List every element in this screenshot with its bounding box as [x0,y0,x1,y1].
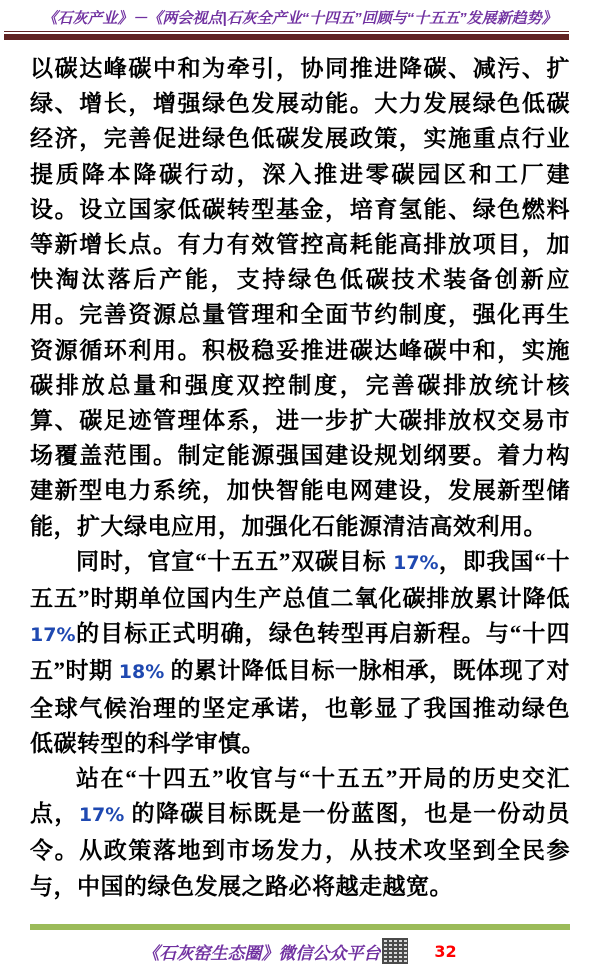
paragraph: 同时，官宣“十五五”双碳目标 17%，即我国“十五五”时期单位国内生产总值二氧化… [30,544,570,761]
highlight-number: 17% [79,804,124,826]
highlight-number: 17% [393,552,438,574]
paragraph: 站在“十四五”收官与“十五五”开局的历史交汇点，17% 的降碳目标既是一份蓝图，… [30,761,570,904]
footer-rule [30,924,570,930]
footer-row: 《石灰窑生态圈》微信公众平台 32 [0,938,599,964]
text-run: 同时，官宣“十五五”双碳目标 [76,549,393,574]
page-footer: 《石灰窑生态圈》微信公众平台 32 [0,924,599,976]
body-text: 以碳达峰碳中和为牵引，协同推进降碳、减污、扩绿、增长，增强绿色发展动能。大力发展… [0,40,599,904]
text-run: 以碳达峰碳中和为牵引，协同推进降碳、减污、扩绿、增长，增强绿色发展动能。大力发展… [30,56,570,539]
document-title: 《石灰产业》－《两会视点|石灰全产业“十四五”回顾与“十五五”发展新趋势》 [6,7,593,28]
platform-label: 《石灰窑生态圈》微信公众平台 [142,939,380,964]
highlight-number: 17% [30,624,75,646]
paragraph: 以碳达峰碳中和为牵引，协同推进降碳、减污、扩绿、增长，增强绿色发展动能。大力发展… [30,51,570,544]
highlight-number: 18% [119,661,164,683]
page-number: 32 [434,942,456,961]
page-header: 《石灰产业》－《两会视点|石灰全产业“十四五”回顾与“十五五”发展新趋势》 [0,0,599,28]
qr-code-icon [382,938,408,964]
header-rule-thin [4,31,569,32]
